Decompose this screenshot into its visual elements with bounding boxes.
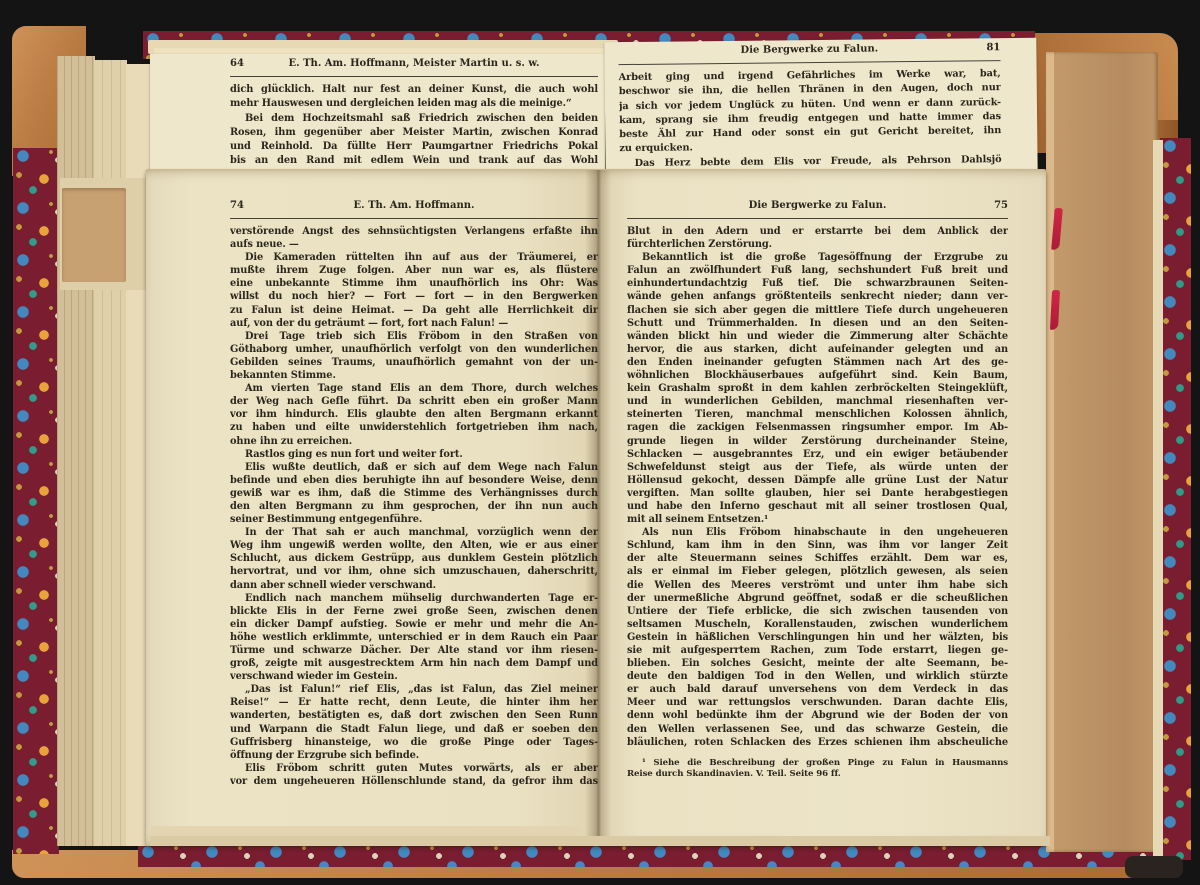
header-rule xyxy=(627,218,1008,219)
page-81: Die Bergwerke zu Falun. 81 Arbeit ging u… xyxy=(604,38,1037,183)
page-64-header: 64 E. Th. Am. Hoffmann, Meister Martin u… xyxy=(230,58,598,73)
text-line: Als nun Elis Fröbom hinabschaute in den … xyxy=(627,526,1008,539)
text-line: willst du noch hier? — Fort — fort — in … xyxy=(230,290,598,303)
text-line: steinerten Tieren, manchmal menschlichen… xyxy=(627,408,1008,421)
text-line: aufs neue. — xyxy=(230,238,598,251)
open-spread: 74 E. Th. Am. Hoffmann. verstörende Angs… xyxy=(146,170,1046,846)
page-block-edge xyxy=(57,56,95,846)
page-number: 81 xyxy=(958,42,1000,53)
text-line: Das Herz bebte dem Elis vor Freude, als … xyxy=(619,153,1001,171)
text-line: deute den baldigen Tod in den Wellen, un… xyxy=(627,670,1008,683)
text-line: einhundertundachtzig Fuß tief. Die schwa… xyxy=(627,277,1008,290)
page-75-header: Die Bergwerke zu Falun. 75 xyxy=(627,200,1008,215)
marbled-edge-bottom xyxy=(138,844,1162,867)
text-line: Bekanntlich ist die große Tagesöffnung d… xyxy=(627,251,1008,264)
text-line: denn wohl bedünkte ihm der Abgrund wie d… xyxy=(627,709,1008,722)
page-75-text: Die Bergwerke zu Falun. 75 Blut in den A… xyxy=(627,200,1008,781)
page-number: 75 xyxy=(966,200,1008,211)
text-line: wände gehen anfangs größtenteils senkrec… xyxy=(627,290,1008,303)
text-line: und Reinhold. Da füllte Herr Paumgartner… xyxy=(230,140,598,154)
text-line: mußte ihrem Zuge folgen. Aber nun war es… xyxy=(230,264,598,277)
text-line: „Das ist Falun!“ rief Elis, „das ist Fal… xyxy=(230,683,598,696)
text-line: auf, von der du geträumt — fort, fort na… xyxy=(230,317,598,330)
page-number: 74 xyxy=(230,200,272,211)
text-line: Rastlos ging es nun fort und weiter fort… xyxy=(230,448,598,461)
text-line: Bei dem Hochzeitsmahl saß Friedrich zwis… xyxy=(230,112,598,126)
text-line: In der That sah er auch manchmal, vorzüg… xyxy=(230,526,598,539)
text-line: Drei Tage trieb sich Elis Fröbom in den … xyxy=(230,330,598,343)
text-line: flachen sie sich aber gegen die mittlere… xyxy=(627,304,1008,317)
text-line: groß, zeigte mit ausgestrecktem Arm hin … xyxy=(230,657,598,670)
page-64: 64 E. Th. Am. Hoffmann, Meister Martin u… xyxy=(150,54,605,180)
marbled-edge-right xyxy=(1160,138,1191,860)
marbled-edge-left xyxy=(13,148,59,854)
text-line: der alte Steuermann seines Schiffes erzä… xyxy=(627,552,1008,565)
text-line: seltsamen Muscheln, Korallenstauden, zwi… xyxy=(627,618,1008,631)
kraft-sheet-corner xyxy=(62,188,126,282)
kraft-page-edge xyxy=(1046,52,1158,852)
footnote: ¹ Siehe die Beschreibung der großen Ping… xyxy=(627,758,1008,781)
header-rule xyxy=(230,76,598,77)
page-block-edge-right xyxy=(1153,140,1163,856)
text-line: den Enden ineinander gefugten Stämmen na… xyxy=(627,356,1008,369)
text-line: Schlacken — ausgebranntes Erz, und ein e… xyxy=(627,448,1008,461)
text-line: ein dicker Dampf aufstieg. Sowie er mehr… xyxy=(230,618,598,631)
text-line: der Weg nach Gefle führt. Da schritt ebe… xyxy=(230,395,598,408)
footnote-line: ¹ Siehe die Beschreibung der großen Ping… xyxy=(627,758,1008,770)
text-line: sie mit aufgesperrtem Rachen, zum Tode e… xyxy=(627,644,1008,657)
text-line: Blut in den Adern und er erstarrte bei d… xyxy=(627,225,1008,238)
text-line: wöhnlichen Blockhäuserbaues aufgeführt s… xyxy=(627,369,1008,382)
text-line: hervor, die aus starken, dicht aufeinand… xyxy=(627,343,1008,356)
page-81-body: Arbeit ging und irgend Gefährliches im W… xyxy=(619,67,1002,171)
text-line: und in wunderlichen Gebilden, manchmal r… xyxy=(627,395,1008,408)
text-line: bis an den Rand mit edlem Wein und trank… xyxy=(230,154,598,168)
text-line: fürchterlichen Zerstörung. xyxy=(627,238,1008,251)
text-line: Höllensud gekocht, dessen Dämpfe alle gr… xyxy=(627,474,1008,487)
text-line: dann aber schnell wieder verschwand. xyxy=(230,579,598,592)
text-line: Die Kameraden rüttelten ihn auf aus der … xyxy=(230,251,598,264)
text-line: Meer und war rettungslos verschwunden. D… xyxy=(627,696,1008,709)
text-line: befinde und eben dies beruhigte ihn auf … xyxy=(230,474,598,487)
text-line: und habe den Inferno geschaut mit all se… xyxy=(627,500,1008,513)
text-line: öffnung der Erzgrube sich befinde. xyxy=(230,749,598,762)
text-line: mehr Hauswesen und dergleichen leiden ma… xyxy=(230,97,598,111)
text-line: zu Falun ist deine Heimat. — Da geht all… xyxy=(230,304,598,317)
text-line: verschwand wieder im Gestein. xyxy=(230,670,598,683)
book-photograph: 64 E. Th. Am. Hoffmann, Meister Martin u… xyxy=(0,0,1200,885)
text-line: den alten Bergmann zu ihm gesprochen, de… xyxy=(230,500,598,513)
text-line: der unermeßliche Abgrund geöffnet, sodaß… xyxy=(627,592,1008,605)
text-line: eine unbekannte Stimme ihm unaufhörlich … xyxy=(230,277,598,290)
text-line: Schlund, kam ihm in den Sinn, was ihm vo… xyxy=(627,539,1008,552)
page-74-header: 74 E. Th. Am. Hoffmann. xyxy=(230,200,598,215)
text-line: kein Grashalm sproßt in dem kahlen zerbr… xyxy=(627,382,1008,395)
text-line: zu haben und eilte unwiderstehlich fortg… xyxy=(230,421,598,434)
text-line: blickte Elis in der Ferne zwei große See… xyxy=(230,605,598,618)
page-74-text: 74 E. Th. Am. Hoffmann. verstörende Angs… xyxy=(230,200,598,788)
text-line: ragen die zackigen Felsenmassen ringsumh… xyxy=(627,421,1008,434)
text-line: und Warpann die Stadt Falun liege, und d… xyxy=(230,723,598,736)
text-line: Gestein in häßlichen Verschlingungen hin… xyxy=(627,631,1008,644)
page-number: 64 xyxy=(230,58,272,69)
text-line: Elis Fröbom schritt guten Mutes vorwärts… xyxy=(230,762,598,775)
running-title: E. Th. Am. Hoffmann, Meister Martin u. s… xyxy=(272,58,556,69)
text-line: Schutt und Trümmerhalden. In diesen und … xyxy=(627,317,1008,330)
text-line: ohne ihn zu erreichen. xyxy=(230,435,598,448)
running-title: E. Th. Am. Hoffmann. xyxy=(272,200,556,211)
page-75-body: Blut in den Adern und er erstarrte bei d… xyxy=(627,225,1008,749)
text-line: bläulichen, roten Schlacken des Erzes sc… xyxy=(627,736,1008,749)
text-line: Elis wußte deutlich, daß er sich auf dem… xyxy=(230,461,598,474)
text-line: gewiß war es ihm, daß die Stimme des Ver… xyxy=(230,487,598,500)
text-line: als er einmal im Fieber gelegen, plötzli… xyxy=(627,565,1008,578)
text-line: Endlich nach manchem mühselig durchwande… xyxy=(230,592,598,605)
text-line: den Wellen verlassenen See, und das schw… xyxy=(627,723,1008,736)
text-line: mit all seinem Entsetzen.¹ xyxy=(627,513,1008,526)
text-line: Schwefeldunst steigt aus der Tiefe, als … xyxy=(627,461,1008,474)
text-line: bekannten Stimme. xyxy=(230,369,598,382)
text-line: dich glücklich. Halt nur fest an deiner … xyxy=(230,83,598,97)
dark-clasp xyxy=(1125,856,1183,878)
text-line: Am vierten Tage stand Elis an dem Thore,… xyxy=(230,382,598,395)
text-line: vor ihm hindurch. Elis glaubte den alten… xyxy=(230,408,598,421)
running-title: Die Bergwerke zu Falun. xyxy=(660,43,958,57)
header-rule xyxy=(230,218,598,219)
page-64-body: dich glücklich. Halt nur fest an deiner … xyxy=(230,83,598,180)
text-line: Weg ihm ungewiß werden wollte, den Alten… xyxy=(230,539,598,552)
sheet-bottom-edge xyxy=(150,836,1050,846)
running-title: Die Bergwerke zu Falun. xyxy=(669,200,966,211)
text-line: hervortrat, und vor ihm, ohne sich umzus… xyxy=(230,565,598,578)
text-line: vor dem ungeheueren Höllenschlunde stand… xyxy=(230,775,598,788)
page-74-body: verstörende Angst des sehnsüchtigsten Ve… xyxy=(230,225,598,788)
text-line: Gebilden seines Traums, unaufhörlich gem… xyxy=(230,356,598,369)
text-line: die Wellen des Meeres verströmt und unte… xyxy=(627,579,1008,592)
page-81-header: Die Bergwerke zu Falun. 81 xyxy=(618,42,1000,61)
text-line: Türme und schwarze Dächer. Der Alte stan… xyxy=(230,644,598,657)
text-line: Schlucht, aus dickem Gestrüpp, aus dunkl… xyxy=(230,552,598,565)
text-line: Untiere der Tiefe erblicke, die sich zwi… xyxy=(627,605,1008,618)
header-rule xyxy=(619,60,1001,65)
text-line: er auch bald darauf unversehens von dem … xyxy=(627,683,1008,696)
text-line: Guffrisberg hinansteige, wo die große Pi… xyxy=(230,736,598,749)
text-line: seiner Bestimmung entgegenführe. xyxy=(230,513,598,526)
text-line: Rosen, ihm gegenüber aber Meister Martin… xyxy=(230,126,598,140)
text-line: wänden blickt hin und wieder die Zimmeru… xyxy=(627,330,1008,343)
text-line: wanderten, bestätigten es, daß dort zwis… xyxy=(230,709,598,722)
text-line: Göthaborg umher, unaufhörlich verfolgt v… xyxy=(230,343,598,356)
text-line: grunde liegen in wilder Zerstörung durch… xyxy=(627,435,1008,448)
text-line: blieben. Ein solches Gesicht, meinte der… xyxy=(627,657,1008,670)
text-line: Reise!“ — Er hatte recht, denn Leute, di… xyxy=(230,696,598,709)
text-line: höhe westlich erklimmte, unterschied er … xyxy=(230,631,598,644)
footnote-line: Reise durch Skandinavien. V. Teil. Seite… xyxy=(627,769,1008,781)
text-line: Falun an zwölfhundert Fuß lang, sechshun… xyxy=(627,264,1008,277)
text-line: vergiften. Man sollte glauben, hier sei … xyxy=(627,487,1008,500)
text-line: verstörende Angst des sehnsüchtigsten Ve… xyxy=(230,225,598,238)
